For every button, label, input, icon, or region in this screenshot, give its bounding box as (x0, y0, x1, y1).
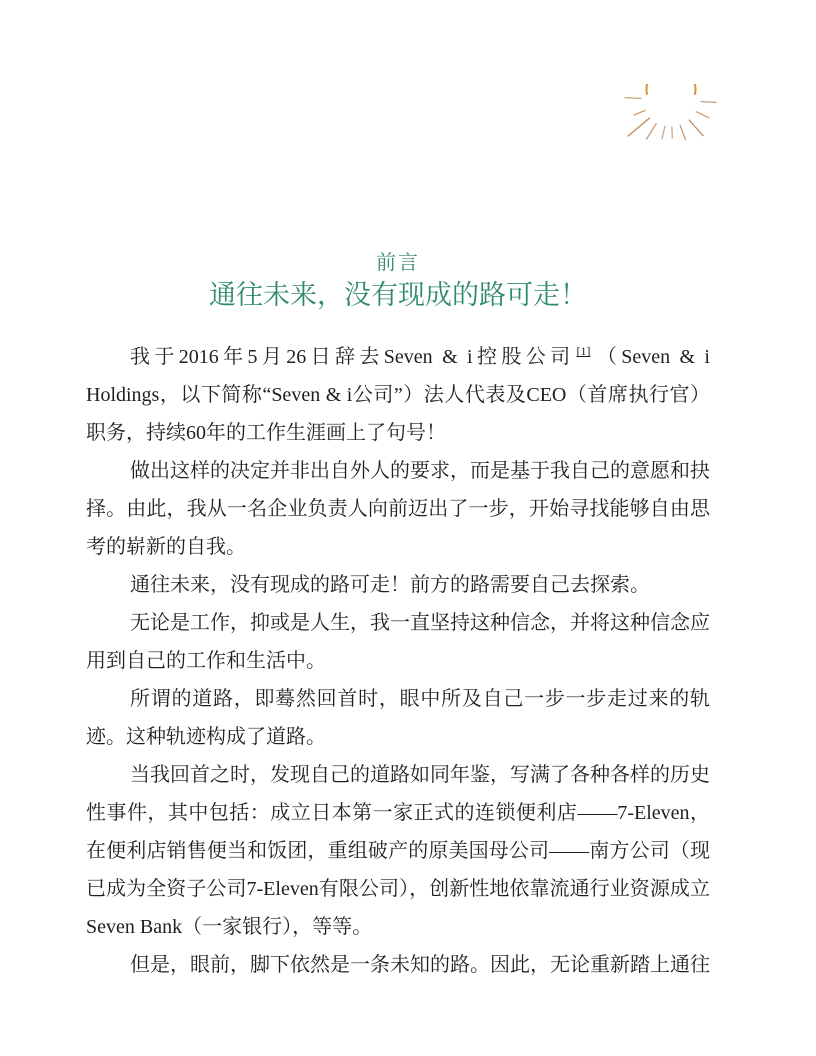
body-text: 我于2016年5月26日辞去Seven & i控股公司[1]（Seven & i… (86, 338, 710, 984)
ebook-page: 前言 通往未来，没有现成的路可走！ 我于2016年5月26日辞去Seven & … (0, 0, 816, 1056)
paragraph-3: 通往未来，没有现成的路可走！前方的路需要自己去探索。 (86, 566, 710, 604)
paragraph-5: 所谓的道路，即蓦然回首时，眼中所及自己一步一步走过来的轨迹。这种轨迹构成了道路。 (86, 680, 710, 756)
page-content: 前言 通往未来，没有现成的路可走！ 我于2016年5月26日辞去Seven & … (0, 0, 816, 984)
footnote-1-link[interactable]: [1] (574, 344, 592, 358)
preface-label: 前言 (86, 250, 710, 276)
page-title: 通往未来，没有现成的路可走！ (86, 278, 710, 312)
paragraph-6: 当我回首之时，发现自己的道路如同年鉴，写满了各种各样的历史性事件，其中包括：成立… (86, 756, 710, 946)
paragraph-1-before-note: 我于2016年5月26日辞去Seven & i控股公司 (130, 346, 574, 368)
paragraph-7: 但是，眼前，脚下依然是一条未知的路。因此，无论重新踏上通往 (86, 946, 710, 984)
paragraph-4: 无论是工作，抑或是人生，我一直坚持这种信念，并将这种信念应用到自己的工作和生活中… (86, 604, 710, 680)
sun-icon (608, 84, 720, 146)
paragraph-1: 我于2016年5月26日辞去Seven & i控股公司[1]（Seven & i… (86, 338, 710, 452)
paragraph-2: 做出这样的决定并非出自外人的要求，而是基于我自己的意愿和抉择。由此，我从一名企业… (86, 452, 710, 566)
